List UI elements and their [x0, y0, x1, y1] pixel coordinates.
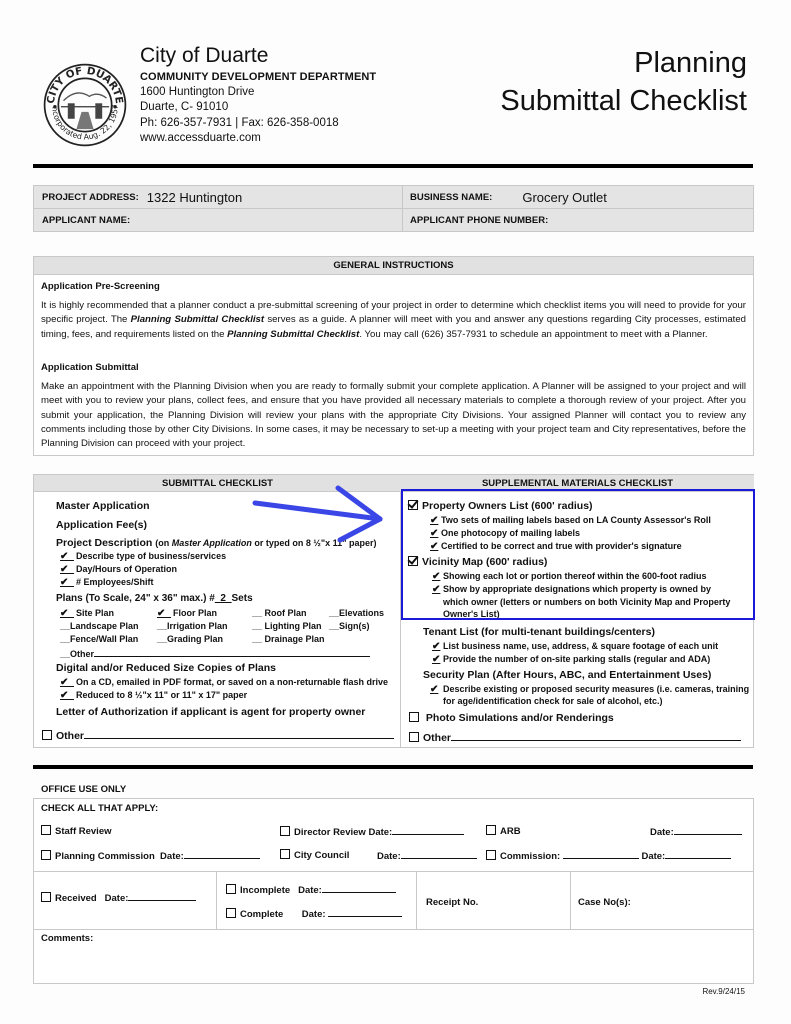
- applicant-phone-label: APPLICANT PHONE NUMBER:: [410, 215, 548, 226]
- checkbox-unchecked-icon[interactable]: [42, 730, 52, 740]
- checklist-subitem[interactable]: ✔Provide the number of on-site parking s…: [432, 654, 710, 665]
- checkbox-unchecked-icon[interactable]: [226, 884, 236, 894]
- checklist-subitem[interactable]: ✔List business name, use, address, & squ…: [432, 641, 718, 652]
- plan-fence-wall[interactable]: __Fence/Wall Plan: [60, 634, 138, 644]
- divider: [34, 871, 753, 872]
- supplemental-other-item[interactable]: Other: [409, 731, 741, 744]
- arrow-annotation-icon: [250, 485, 390, 545]
- plan-other-line[interactable]: [94, 647, 370, 657]
- plan-elevations[interactable]: __Elevations: [329, 608, 384, 618]
- digital-copies-item[interactable]: Digital and/or Reduced Size Copies of Pl…: [56, 662, 276, 674]
- submittal-paragraph: Make an appointment with the Planning Di…: [41, 380, 746, 451]
- plan-grading[interactable]: __Grading Plan: [157, 634, 223, 644]
- prescreening-heading: Application Pre-Screening: [41, 281, 160, 292]
- case-nos-field[interactable]: Case No(s):: [578, 897, 631, 908]
- checkbox-unchecked-icon[interactable]: [226, 908, 236, 918]
- plan-floor[interactable]: ✔_Floor Plan: [157, 608, 217, 619]
- plan-other[interactable]: __Other: [60, 647, 370, 659]
- divider: [570, 871, 571, 929]
- org-block: City of Duarte COMMUNITY DEVELOPMENT DEP…: [140, 44, 376, 147]
- project-address-field[interactable]: PROJECT ADDRESS: 1322 Huntington: [34, 186, 402, 209]
- business-name-value[interactable]: Grocery Outlet: [522, 190, 607, 205]
- security-plan-item[interactable]: Security Plan (After Hours, ABC, and Ent…: [423, 669, 711, 681]
- department-name: COMMUNITY DEVELOPMENT DEPARTMENT: [140, 70, 376, 85]
- project-info-table: PROJECT ADDRESS: 1322 Huntington BUSINES…: [33, 185, 754, 232]
- applicant-name-field[interactable]: APPLICANT NAME:: [34, 209, 402, 232]
- divider: [216, 871, 217, 929]
- section-header: GENERAL INSTRUCTIONS: [34, 257, 753, 275]
- plan-lighting[interactable]: __ Lighting Plan: [252, 621, 322, 631]
- office-use-title: OFFICE USE ONLY: [41, 784, 126, 795]
- svg-text:CITY OF DUARTE: CITY OF DUARTE: [45, 65, 125, 105]
- checkmark-icon: ✔: [432, 654, 443, 665]
- website-link[interactable]: www.accessduarte.com: [140, 131, 376, 146]
- checkmark-icon: ✔_: [60, 677, 76, 688]
- plan-landscape[interactable]: __Landscape Plan: [60, 621, 139, 631]
- planning-commission-checkbox[interactable]: Planning Commission Date:: [41, 849, 260, 862]
- application-fees-item[interactable]: Application Fee(s): [56, 519, 147, 531]
- tenant-list-item[interactable]: Tenant List (for multi-tenant buildings/…: [423, 626, 655, 638]
- checkmark-icon: ✔_: [60, 551, 76, 562]
- date-field[interactable]: [401, 849, 477, 859]
- arb-date[interactable]: Date:: [650, 825, 742, 838]
- header-divider: [33, 164, 753, 168]
- comments-label: Comments:: [41, 933, 93, 944]
- checkmark-icon: ✔_: [60, 690, 76, 701]
- item-label: Project Description: [56, 537, 152, 549]
- divider: [416, 871, 417, 929]
- checklist-subitem[interactable]: ✔_# Employees/Shift: [60, 577, 154, 588]
- complete-checkbox[interactable]: Complete Date:: [226, 907, 402, 920]
- business-name-label: BUSINESS NAME:: [410, 192, 492, 203]
- date-field[interactable]: [674, 825, 742, 835]
- project-address-label: PROJECT ADDRESS:: [42, 192, 139, 203]
- address-line-1: 1600 Huntington Drive: [140, 85, 376, 100]
- checklist-subitem[interactable]: ✔Describe existing or proposed security …: [430, 684, 749, 695]
- director-review-checkbox[interactable]: Director Review Date:: [280, 825, 464, 838]
- photo-simulations-item[interactable]: Photo Simulations and/or Renderings: [409, 712, 614, 724]
- project-address-value[interactable]: 1322 Huntington: [147, 190, 242, 205]
- commission-field[interactable]: [563, 849, 639, 859]
- revision-label: Rev.9/24/15: [702, 987, 745, 996]
- applicant-phone-field[interactable]: APPLICANT PHONE NUMBER:: [402, 209, 754, 232]
- highlight-annotation-box: [401, 489, 755, 620]
- checkmark-icon: ✔_: [157, 608, 173, 619]
- office-use-section: CHECK ALL THAT APPLY: Staff Review Direc…: [33, 798, 754, 984]
- arb-checkbox[interactable]: ARB: [486, 825, 521, 837]
- office-divider: [33, 765, 753, 769]
- title-line-1: Planning: [500, 44, 747, 82]
- plan-site[interactable]: ✔_Site Plan: [60, 608, 114, 619]
- date-field[interactable]: [392, 825, 464, 835]
- checkmark-icon: ✔: [430, 684, 443, 695]
- date-field[interactable]: [665, 849, 731, 859]
- date-field[interactable]: [184, 849, 260, 859]
- checkmark-icon: ✔_: [60, 608, 76, 619]
- checkbox-unchecked-icon[interactable]: [280, 826, 290, 836]
- checkbox-unchecked-icon[interactable]: [41, 850, 51, 860]
- plan-irrigation[interactable]: __Irrigation Plan: [157, 621, 228, 631]
- checkbox-unchecked-icon[interactable]: [41, 892, 51, 902]
- checklist-subitem-continued: for age/identification check for sale of…: [443, 696, 663, 706]
- city-council-date[interactable]: Date:: [377, 849, 477, 862]
- checklist-subitem[interactable]: ✔_Describe type of business/services: [60, 551, 226, 562]
- other-checkbox-item[interactable]: Other: [42, 729, 394, 742]
- business-name-field[interactable]: BUSINESS NAME: Grocery Outlet: [402, 186, 754, 209]
- plan-roof[interactable]: __ Roof Plan: [252, 608, 307, 618]
- checkbox-unchecked-icon[interactable]: [280, 849, 290, 859]
- receipt-no-field[interactable]: Receipt No.: [426, 897, 478, 908]
- checkmark-icon: ✔_: [60, 577, 76, 588]
- title-line-2: Submittal Checklist: [500, 82, 747, 120]
- other-line[interactable]: [451, 731, 741, 741]
- date-field[interactable]: [322, 883, 396, 893]
- checkbox-unchecked-icon[interactable]: [409, 712, 419, 722]
- commission-checkbox[interactable]: Commission: Date:: [486, 849, 731, 862]
- other-line[interactable]: [84, 729, 394, 739]
- plans-item[interactable]: Plans (To Scale, 24" x 36" max.) #_2_Set…: [56, 593, 253, 604]
- plans-sets-count: 2: [220, 593, 226, 604]
- check-all-label: CHECK ALL THAT APPLY:: [41, 803, 158, 814]
- city-council-checkbox[interactable]: City Council: [280, 849, 349, 861]
- checkbox-unchecked-icon[interactable]: [486, 825, 496, 835]
- page-title: Planning Submittal Checklist: [500, 44, 747, 120]
- divider: [34, 929, 753, 930]
- prescreening-paragraph: It is highly recommended that a planner …: [41, 299, 746, 342]
- checklist-subitem[interactable]: ✔_Day/Hours of Operation: [60, 564, 177, 575]
- received-checkbox[interactable]: Received Date:: [41, 891, 196, 904]
- address-line-2: Duarte, C- 91010: [140, 100, 376, 115]
- text-span: . You may call (626) 357-7931 to schedul…: [359, 329, 707, 340]
- checkmark-icon: ✔_: [60, 564, 76, 575]
- staff-review-checkbox[interactable]: Staff Review: [41, 825, 112, 837]
- checklist-subitem[interactable]: ✔_On a CD, emailed in PDF format, or sav…: [60, 677, 388, 688]
- plan-signs[interactable]: __Sign(s): [329, 621, 370, 631]
- plan-drainage[interactable]: __ Drainage Plan: [252, 634, 325, 644]
- city-seal-icon: CITY OF DUARTE Incorporated Aug. 22, 195…: [42, 62, 128, 148]
- checklist-name-emphasis: Planning Submittal Checklist: [131, 314, 264, 325]
- letter-of-authorization-item[interactable]: Letter of Authorization if applicant is …: [56, 706, 365, 718]
- checkbox-unchecked-icon[interactable]: [486, 850, 496, 860]
- contact-line: Ph: 626-357-7931 | Fax: 626-358-0018: [140, 116, 376, 131]
- checkbox-unchecked-icon[interactable]: [409, 732, 419, 742]
- comments-field[interactable]: [34, 947, 753, 983]
- master-application-item[interactable]: Master Application: [56, 500, 150, 512]
- general-instructions-section: GENERAL INSTRUCTIONS Application Pre-Scr…: [33, 256, 754, 456]
- org-name: City of Duarte: [140, 44, 376, 68]
- applicant-name-label: APPLICANT NAME:: [42, 215, 130, 226]
- checklist-subitem[interactable]: ✔_Reduced to 8 ½"x 11" or 11" x 17" pape…: [60, 690, 247, 701]
- date-field[interactable]: [128, 891, 196, 901]
- incomplete-checkbox[interactable]: Incomplete Date:: [226, 883, 396, 896]
- checkmark-icon: ✔: [432, 641, 443, 652]
- checkbox-unchecked-icon[interactable]: [41, 825, 51, 835]
- checklist-name-emphasis: Planning Submittal Checklist: [227, 329, 359, 340]
- date-field[interactable]: [328, 907, 402, 917]
- submittal-heading: Application Submittal: [41, 362, 139, 373]
